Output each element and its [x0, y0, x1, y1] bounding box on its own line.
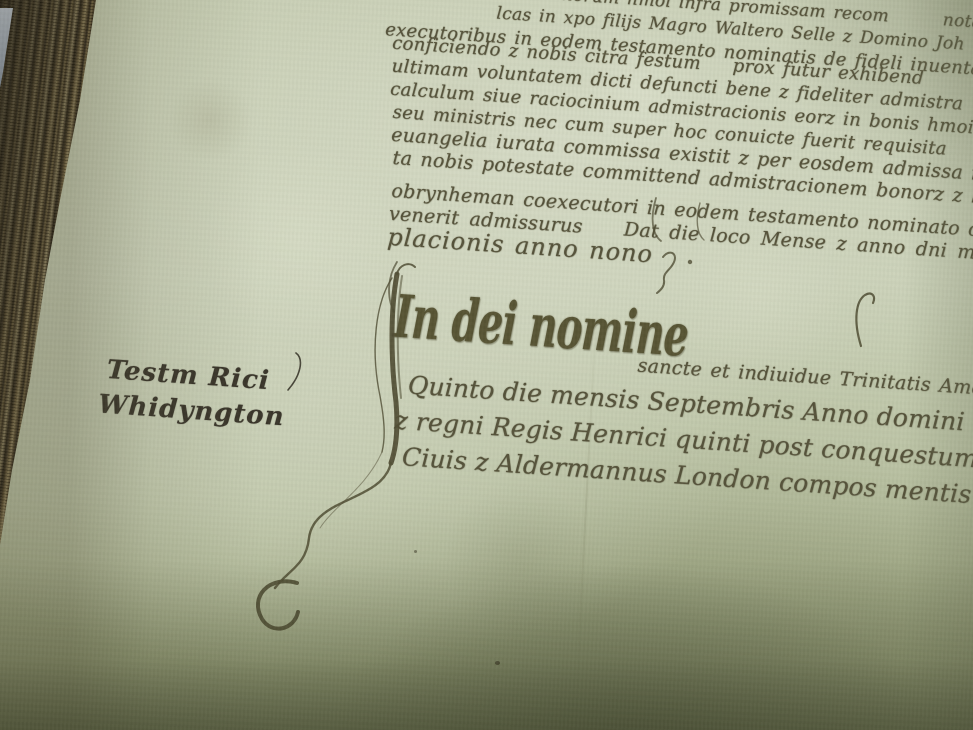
- ink-speck: [414, 550, 417, 553]
- ink-speck: [495, 661, 500, 665]
- manuscript-photo: norum hmoi infra promissam recom notarie…: [0, 0, 973, 730]
- probate-clause-block: norum hmoi infra promissam recom notarie…: [367, 0, 973, 298]
- margin-annotation: Testm Rici Whidyngton: [89, 352, 288, 435]
- ink-speck: [742, 84, 744, 86]
